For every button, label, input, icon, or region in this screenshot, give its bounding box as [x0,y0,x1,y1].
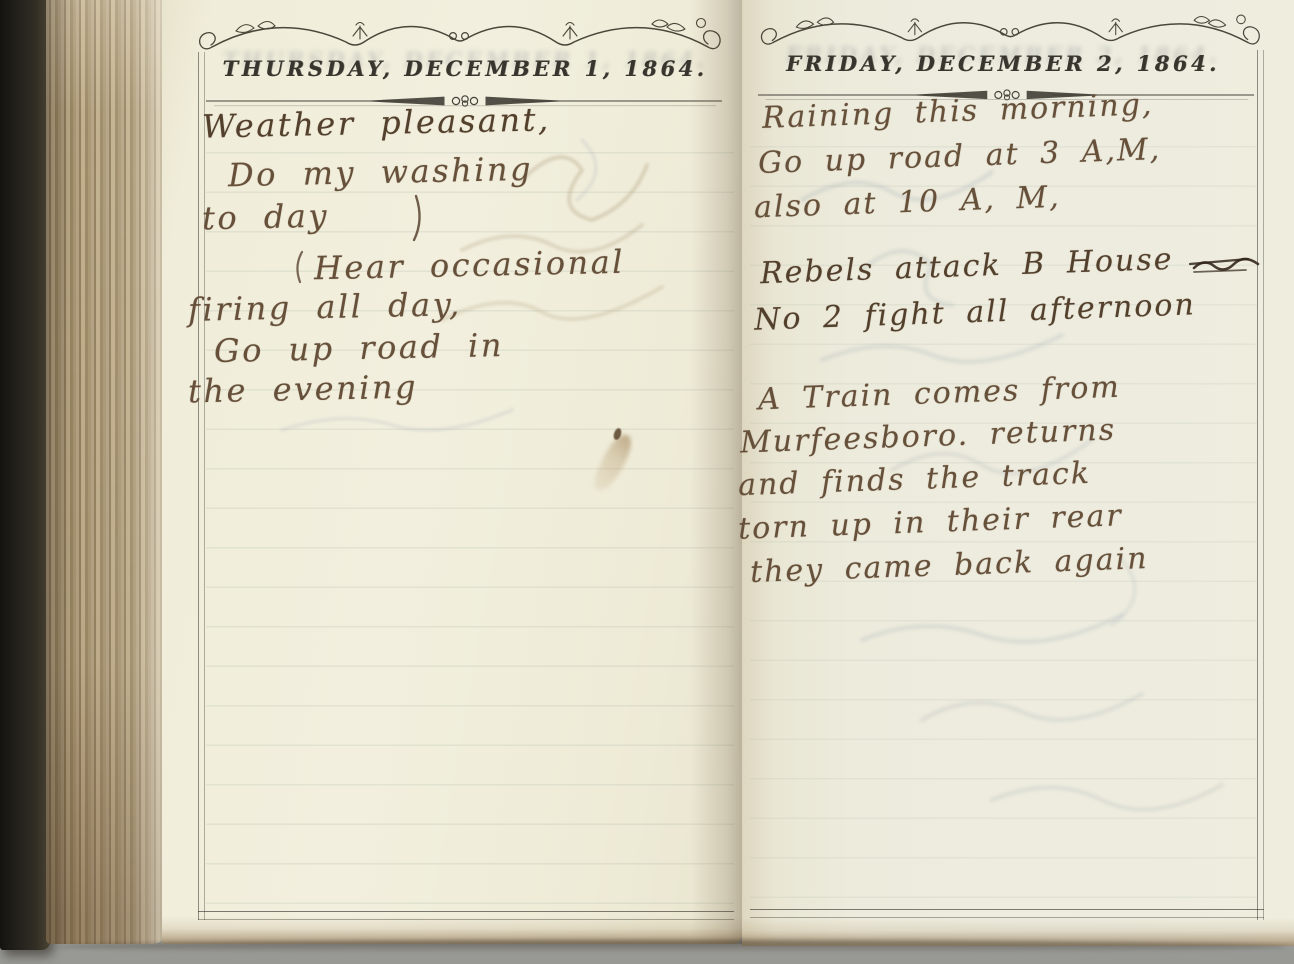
left-diary-page: THURSDAY, DECEMBER 1, 1864. Weather plea… [162,0,742,944]
entry-line: Hear occasional [314,243,626,288]
entry-line: to day [202,197,330,238]
right-margin-rule [1257,50,1264,920]
entry-line: the evening [188,368,419,411]
diary-scan: THURSDAY, DECEMBER 1, 1864. Weather plea… [0,0,1294,964]
page-edge-stack [46,0,168,944]
entry-line: Weather pleasant, [202,100,551,145]
entry-line: firing all day, [188,285,462,329]
flourish-ornament [758,6,1263,50]
book-drop-shadow [56,940,1288,953]
right-date-header: FRIDAY, DECEMBER 2, 1864. [742,51,1294,76]
entry-line: Go up road in [214,326,505,370]
flourish-ornament [196,9,724,55]
page-edge-shading [46,0,168,944]
left-margin-rule [198,52,205,920]
right-bottom-rule [750,909,1264,918]
left-date-header: THURSDAY, DECEMBER 1, 1864. [162,56,742,81]
right-diary-page: FRIDAY, DECEMBER 2, 1864. Raining this m… [742,0,1294,946]
entry-line: Do my washing [228,150,534,194]
book-cover-spine [0,0,50,950]
